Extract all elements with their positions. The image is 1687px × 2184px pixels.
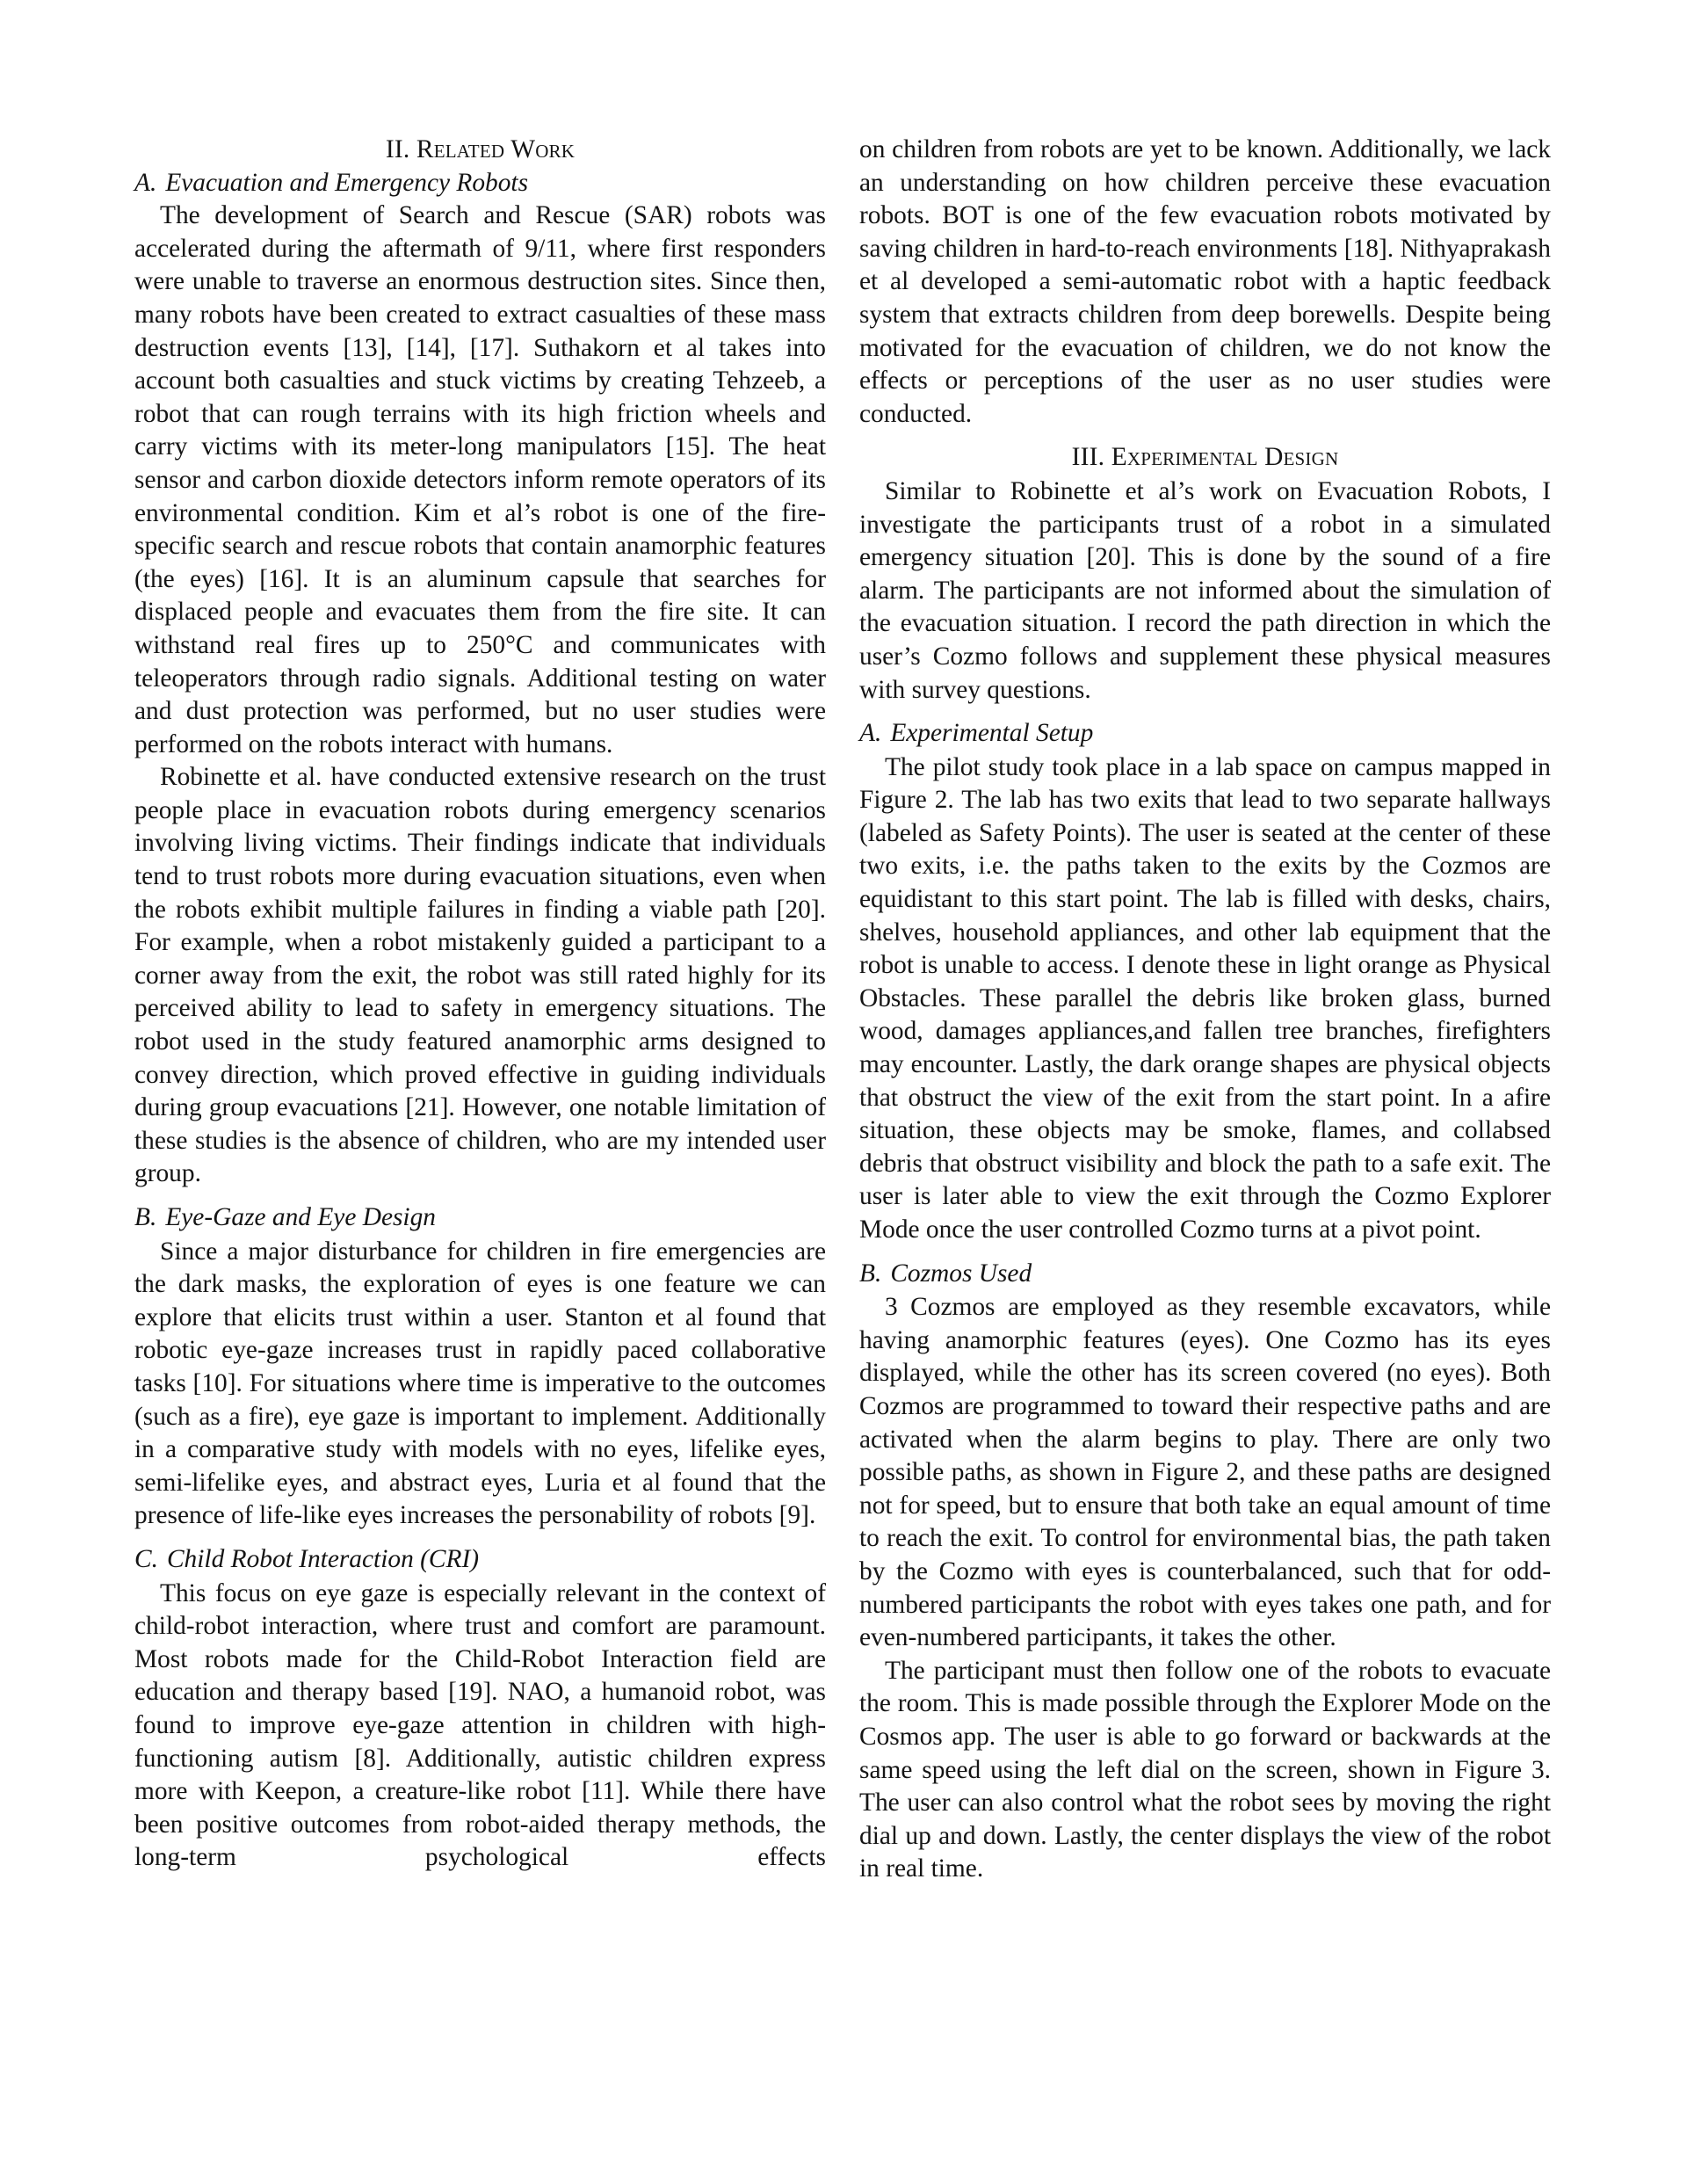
subsection-number: C. [134,1545,158,1573]
subsection-number: A. [859,719,881,747]
subsection-number: B. [134,1203,156,1231]
subsection-number: A. [134,169,156,197]
section-heading-experimental-design: III. Experimental Design [859,441,1551,475]
subsection-title-text: Evacuation and Emergency Robots [165,169,528,197]
paragraph-eye-gaze-1: Since a major disturbance for children i… [134,1236,826,1533]
subsection-title-text: Cozmos Used [890,1259,1032,1288]
paragraph-cri-1: This focus on eye gaze is especially rel… [134,1578,826,1875]
left-column: II. Related Work A.Evacuation and Emerge… [134,134,826,1886]
subsection-number: B. [859,1259,881,1288]
subsection-heading-evacuation-robots: A.Evacuation and Emergency Robots [134,167,826,200]
subsection-heading-child-robot-interaction: C.Child Robot Interaction (CRI) [134,1543,826,1577]
subsection-heading-cozmos-used: B.Cozmos Used [859,1258,1551,1291]
subsection-heading-experimental-setup: A.Experimental Setup [859,717,1551,751]
paragraph-evacuation-robots-2: Robinette et al. have conducted extensiv… [134,761,826,1191]
paragraph-experimental-setup-1: The pilot study took place in a lab spac… [859,751,1551,1247]
subsection-heading-eye-gaze: B.Eye-Gaze and Eye Design [134,1201,826,1235]
section-heading-related-work: II. Related Work [134,134,826,167]
subsection-title-text: Experimental Setup [890,719,1093,747]
paragraph-cri-continued: on children from robots are yet to be kn… [859,134,1551,431]
subsection-title-text: Eye-Gaze and Eye Design [165,1203,436,1231]
paragraph-experimental-design-intro: Similar to Robinette et al’s work on Eva… [859,475,1551,707]
paper-page: II. Related Work A.Evacuation and Emerge… [134,134,1551,1886]
paragraph-cozmos-used-2: The participant must then follow one of … [859,1655,1551,1886]
subsection-title-text: Child Robot Interaction (CRI) [167,1545,479,1573]
paragraph-evacuation-robots-1: The development of Search and Rescue (SA… [134,200,826,761]
right-column: on children from robots are yet to be kn… [859,134,1551,1886]
paragraph-cozmos-used-1: 3 Cozmos are employed as they resemble e… [859,1291,1551,1655]
